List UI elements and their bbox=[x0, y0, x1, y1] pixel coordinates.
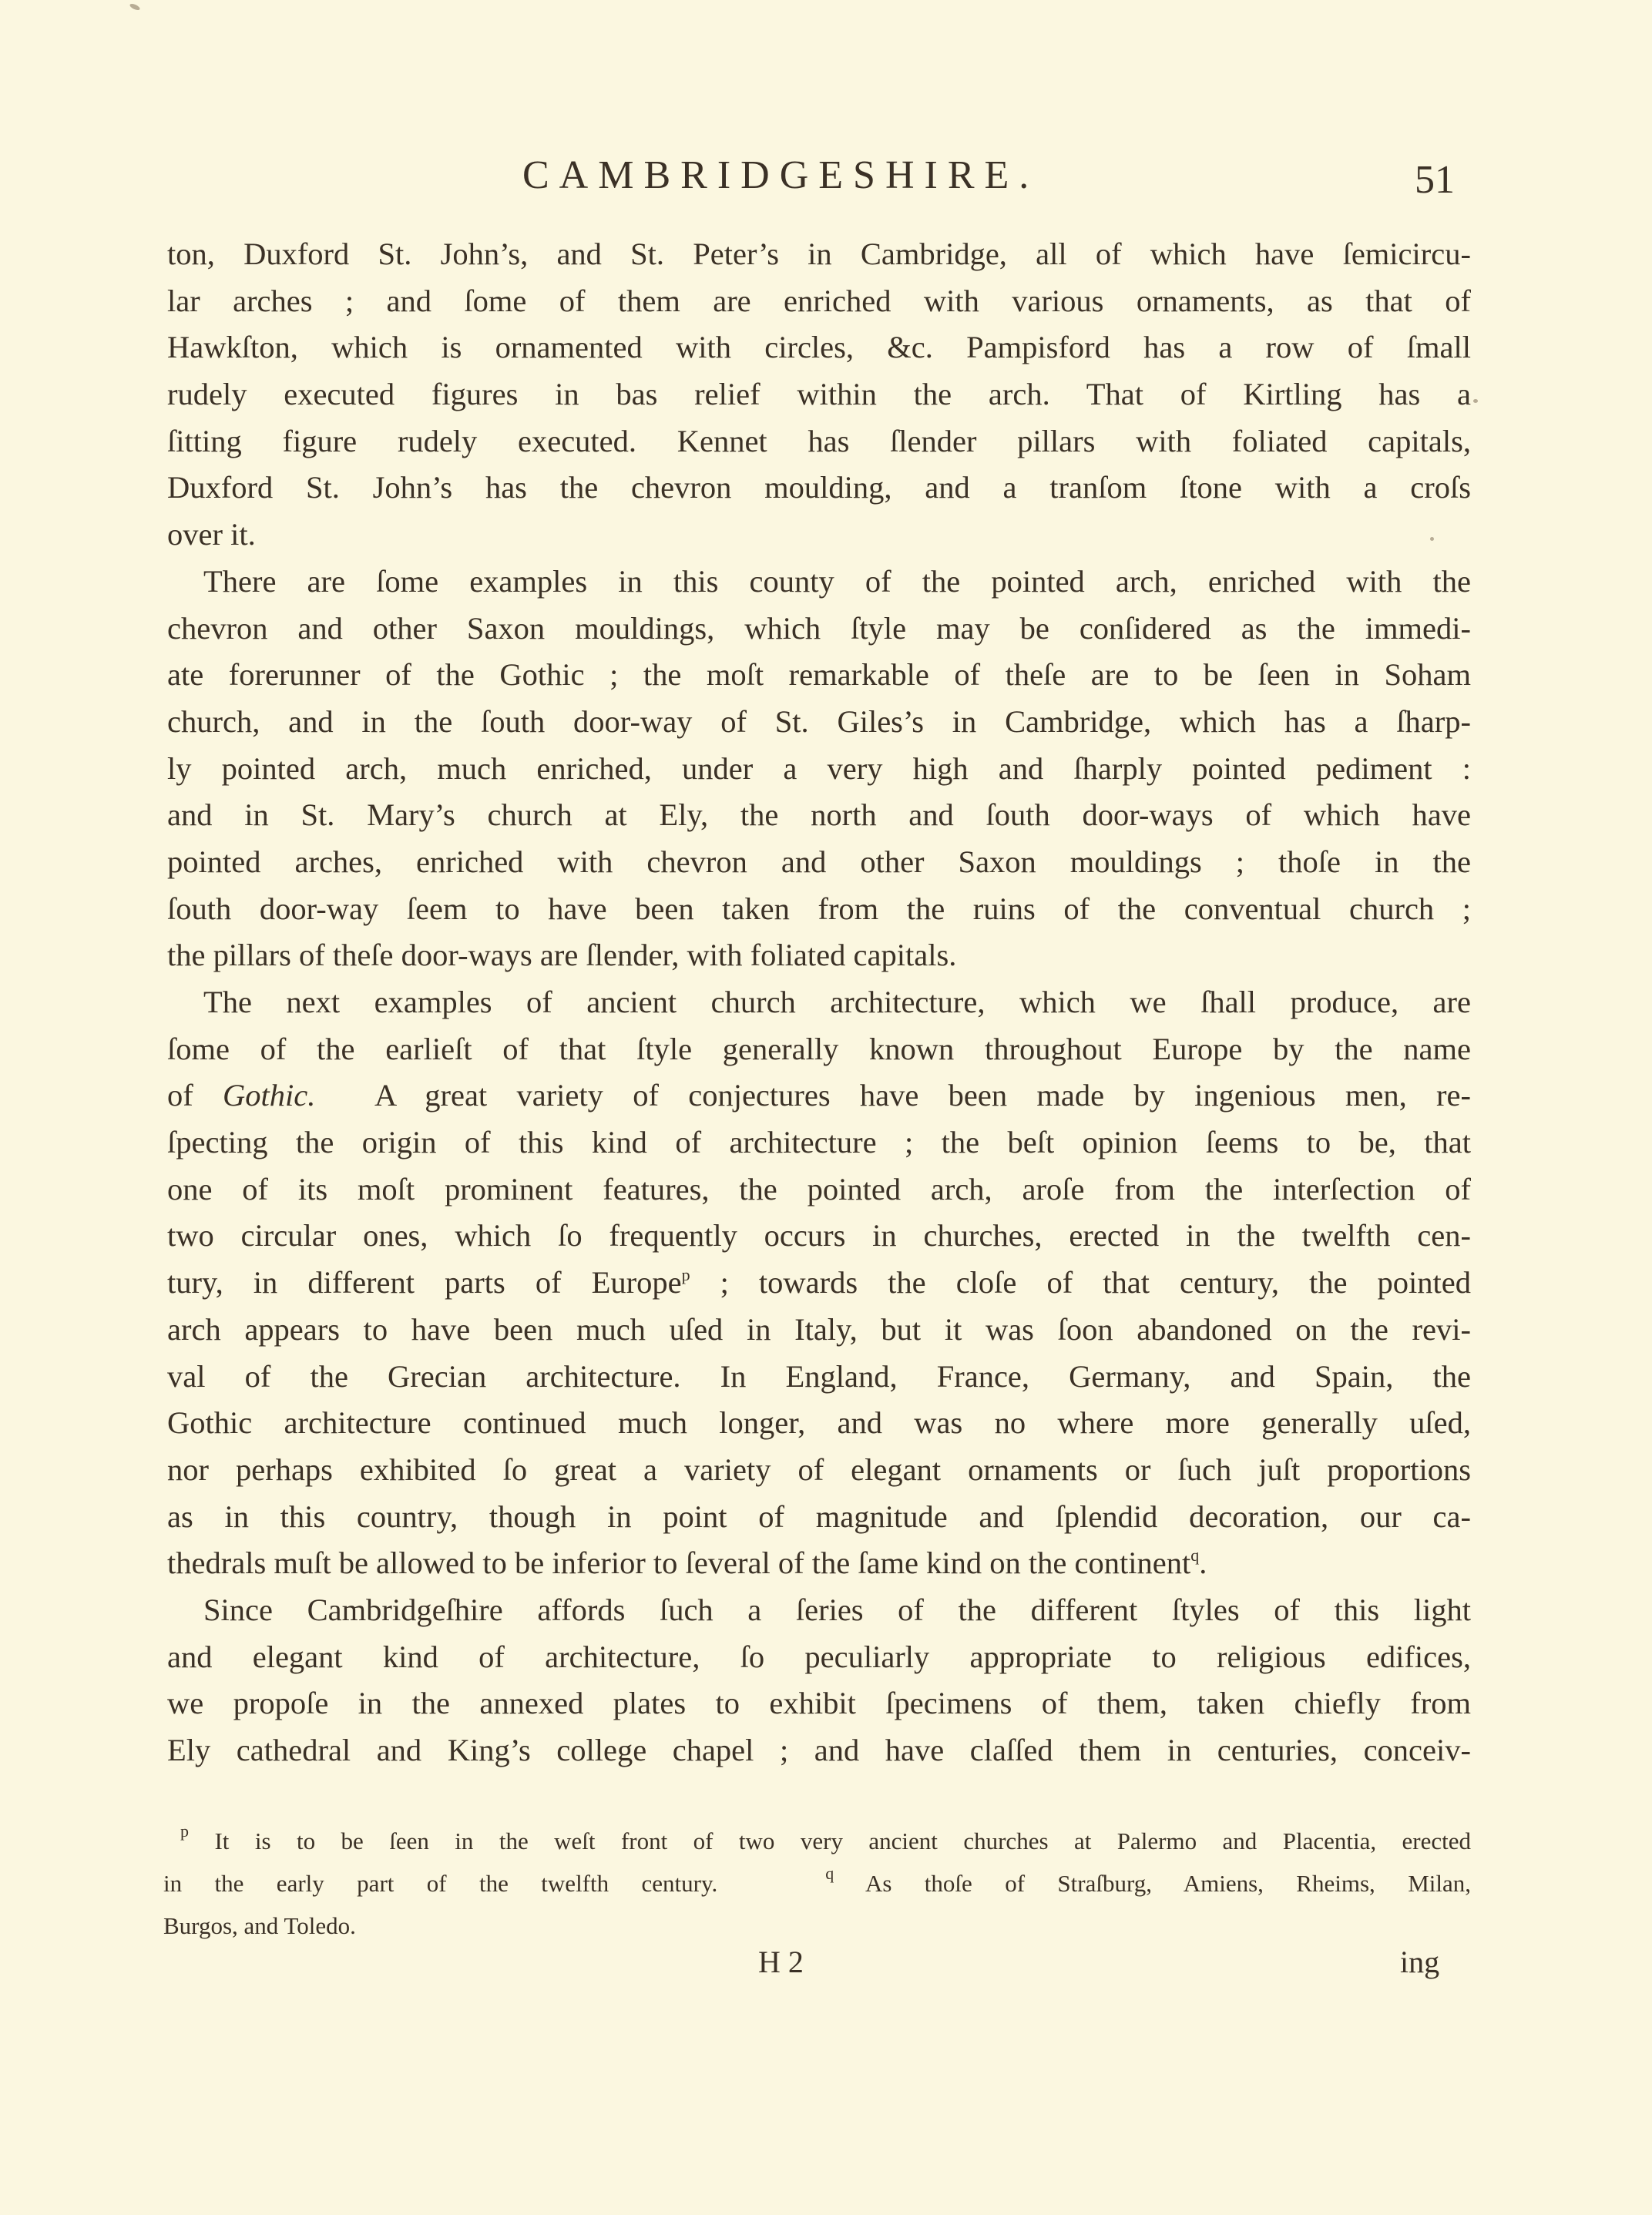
text-line: val of the Grecian architecture. In Engl… bbox=[167, 1354, 1471, 1401]
text-line: tury, in different parts of Europep ; to… bbox=[167, 1260, 1471, 1307]
text-line: ſpecting the origin of this kind of arch… bbox=[167, 1119, 1471, 1166]
text-line: thedrals muſt be allowed to be inferior … bbox=[167, 1540, 1471, 1587]
text-line: Ely cathedral and King’s college chapel … bbox=[167, 1727, 1471, 1774]
footnote-p: p It is to be ſeen in the weſt front of … bbox=[163, 1820, 1471, 1862]
text-line: and elegant kind of architecture, ſo pec… bbox=[167, 1634, 1471, 1681]
footnote-text: It is to be ſeen in the weſt front of tw… bbox=[214, 1827, 1471, 1854]
paragraph-start: Since Cambridgeſhire affords ſuch a ſeri… bbox=[167, 1587, 1471, 1634]
paragraph-start: There are ſome examples in this county o… bbox=[167, 559, 1471, 606]
text-line: two circular ones, which ſo frequently o… bbox=[167, 1213, 1471, 1260]
signature-mark: H 2 bbox=[758, 1944, 804, 1980]
text-line: church, and in the ſouth door-way of St.… bbox=[167, 699, 1471, 746]
text-line: ton, Duxford St. John’s, and St. Peter’s… bbox=[167, 231, 1471, 278]
footnote-line: in the early part of the twelfth century… bbox=[163, 1862, 1471, 1905]
footnote-ref-p[interactable]: p bbox=[682, 1265, 690, 1284]
text-line: Duxford St. John’s has the chevron mould… bbox=[167, 465, 1471, 512]
paper-speck bbox=[1430, 537, 1434, 541]
footnote-marker-p: p bbox=[180, 1821, 189, 1841]
text-line: ſome of the earlieſt of that ſtyle gener… bbox=[167, 1026, 1471, 1073]
text-line: ate forerunner of the Gothic ; the moſt … bbox=[167, 652, 1471, 699]
footnote-line: Burgos, and Toledo. bbox=[163, 1905, 1471, 1947]
text-line: one of its moſt prominent features, the … bbox=[167, 1166, 1471, 1213]
text-line: pointed arches, enriched with chevron an… bbox=[167, 839, 1471, 886]
text-line: lar arches ; and ſome of them are enrich… bbox=[167, 278, 1471, 325]
text-line: we propoſe in the annexed plates to exhi… bbox=[167, 1680, 1471, 1727]
text-fragment: . bbox=[1199, 1545, 1207, 1580]
text-fragment: ; towards the cloſe of that century, the… bbox=[720, 1265, 1471, 1300]
text-fragment: of bbox=[167, 1078, 193, 1113]
text-fragment: tury, in different parts of Europe bbox=[167, 1265, 682, 1300]
footnotes: p It is to be ſeen in the weſt front of … bbox=[163, 1820, 1471, 1947]
footnote-text: in the early part of the twelfth century… bbox=[163, 1870, 717, 1897]
text-line: Hawkſton, which is ornamented with circl… bbox=[167, 324, 1471, 371]
body-text: ton, Duxford St. John’s, and St. Peter’s… bbox=[167, 231, 1471, 1774]
footnote-text: As thoſe of Straſburg, Amiens, Rheims, M… bbox=[865, 1870, 1471, 1897]
page-number: 51 bbox=[1415, 157, 1455, 203]
paragraph-start: The next examples of ancient church arch… bbox=[167, 979, 1471, 1026]
text-line: of Gothic. A great variety of conjecture… bbox=[167, 1072, 1471, 1119]
text-line: ſouth door-way ſeem to have been taken f… bbox=[167, 886, 1471, 933]
text-line: rudely executed figures in bas relief wi… bbox=[167, 371, 1471, 418]
footnote-ref-q[interactable]: q bbox=[1190, 1545, 1199, 1565]
text-fragment: thedrals muſt be allowed to be inferior … bbox=[167, 1545, 1190, 1580]
text-line: and in St. Mary’s church at Ely, the nor… bbox=[167, 792, 1471, 839]
footnote-marker-q: q bbox=[825, 1864, 834, 1883]
italic-term: Gothic. bbox=[223, 1078, 315, 1113]
running-title: CAMBRIDGESHIRE. bbox=[522, 153, 1039, 198]
text-line: nor perhaps exhibited ſo great a variety… bbox=[167, 1447, 1471, 1494]
paper-speck bbox=[129, 2, 140, 11]
text-line: over it. bbox=[167, 512, 1471, 559]
text-fragment: A great variety of conjectures have been… bbox=[374, 1078, 1471, 1113]
text-line: arch appears to have been much uſed in I… bbox=[167, 1307, 1471, 1354]
text-line: ſitting figure rudely executed. Kennet h… bbox=[167, 418, 1471, 465]
text-line: chevron and other Saxon mouldings, which… bbox=[167, 606, 1471, 653]
text-line: the pillars of theſe door-ways are ſlend… bbox=[167, 932, 1471, 979]
text-line: Gothic architecture continued much longe… bbox=[167, 1400, 1471, 1447]
text-line: as in this country, though in point of m… bbox=[167, 1494, 1471, 1541]
catchword: ing bbox=[1400, 1944, 1439, 1980]
page-header: CAMBRIDGESHIRE. 51 bbox=[0, 148, 1652, 202]
text-line: ly pointed arch, much enriched, under a … bbox=[167, 746, 1471, 793]
paper-speck bbox=[1473, 399, 1478, 403]
